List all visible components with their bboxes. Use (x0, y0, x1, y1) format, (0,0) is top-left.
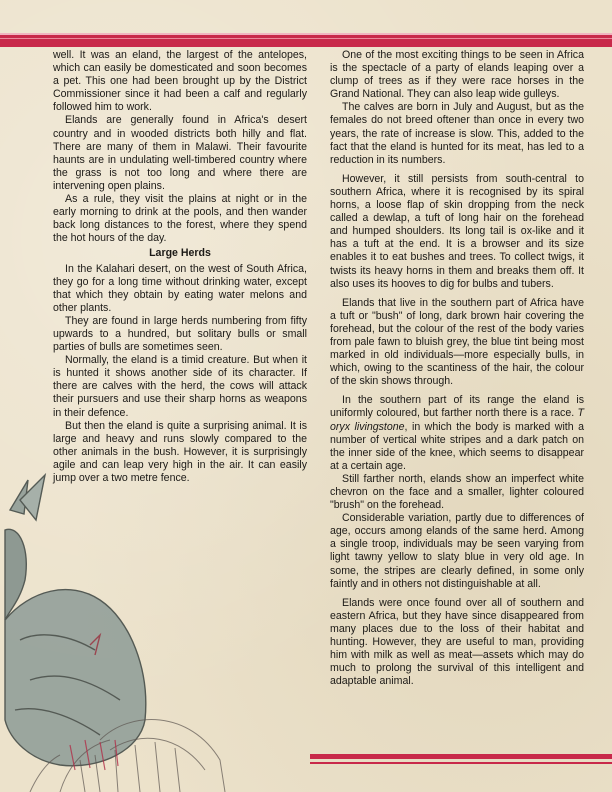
paragraph: Normally, the eland is a timid creature.… (53, 354, 307, 419)
paragraph: Elands are generally found in Africa's d… (53, 114, 307, 193)
left-column: well. It was an eland, the largest of th… (53, 49, 307, 485)
top-decorative-band (0, 33, 612, 47)
right-column: One of the most exciting things to be se… (330, 49, 584, 688)
section-heading: Large Herds (53, 247, 307, 260)
paragraph: In the Kalahari desert, on the west of S… (53, 263, 307, 315)
paragraph: The calves are born in July and August, … (330, 101, 584, 166)
paragraph: Elands were once found over all of south… (330, 597, 584, 689)
paragraph: They are found in large herds numbering … (53, 315, 307, 354)
paragraph: Considerable variation, partly due to di… (330, 512, 584, 591)
eland-illustration (0, 470, 230, 792)
paragraph: Elands that live in the southern part of… (330, 297, 584, 389)
paragraph: well. It was an eland, the largest of th… (53, 49, 307, 114)
paragraph: As a rule, they visit the plains at nigh… (53, 193, 307, 245)
paragraph: However, it still persists from south-ce… (330, 173, 584, 291)
paragraph-race: In the southern part of its range the el… (330, 394, 584, 473)
paragraph: Still farther north, elands show an impe… (330, 473, 584, 512)
bottom-decorative-band (310, 754, 612, 759)
paragraph: One of the most exciting things to be se… (330, 49, 584, 101)
paragraph-text: In the southern part of its range the el… (330, 394, 584, 419)
bottom-decorative-line (310, 762, 612, 764)
